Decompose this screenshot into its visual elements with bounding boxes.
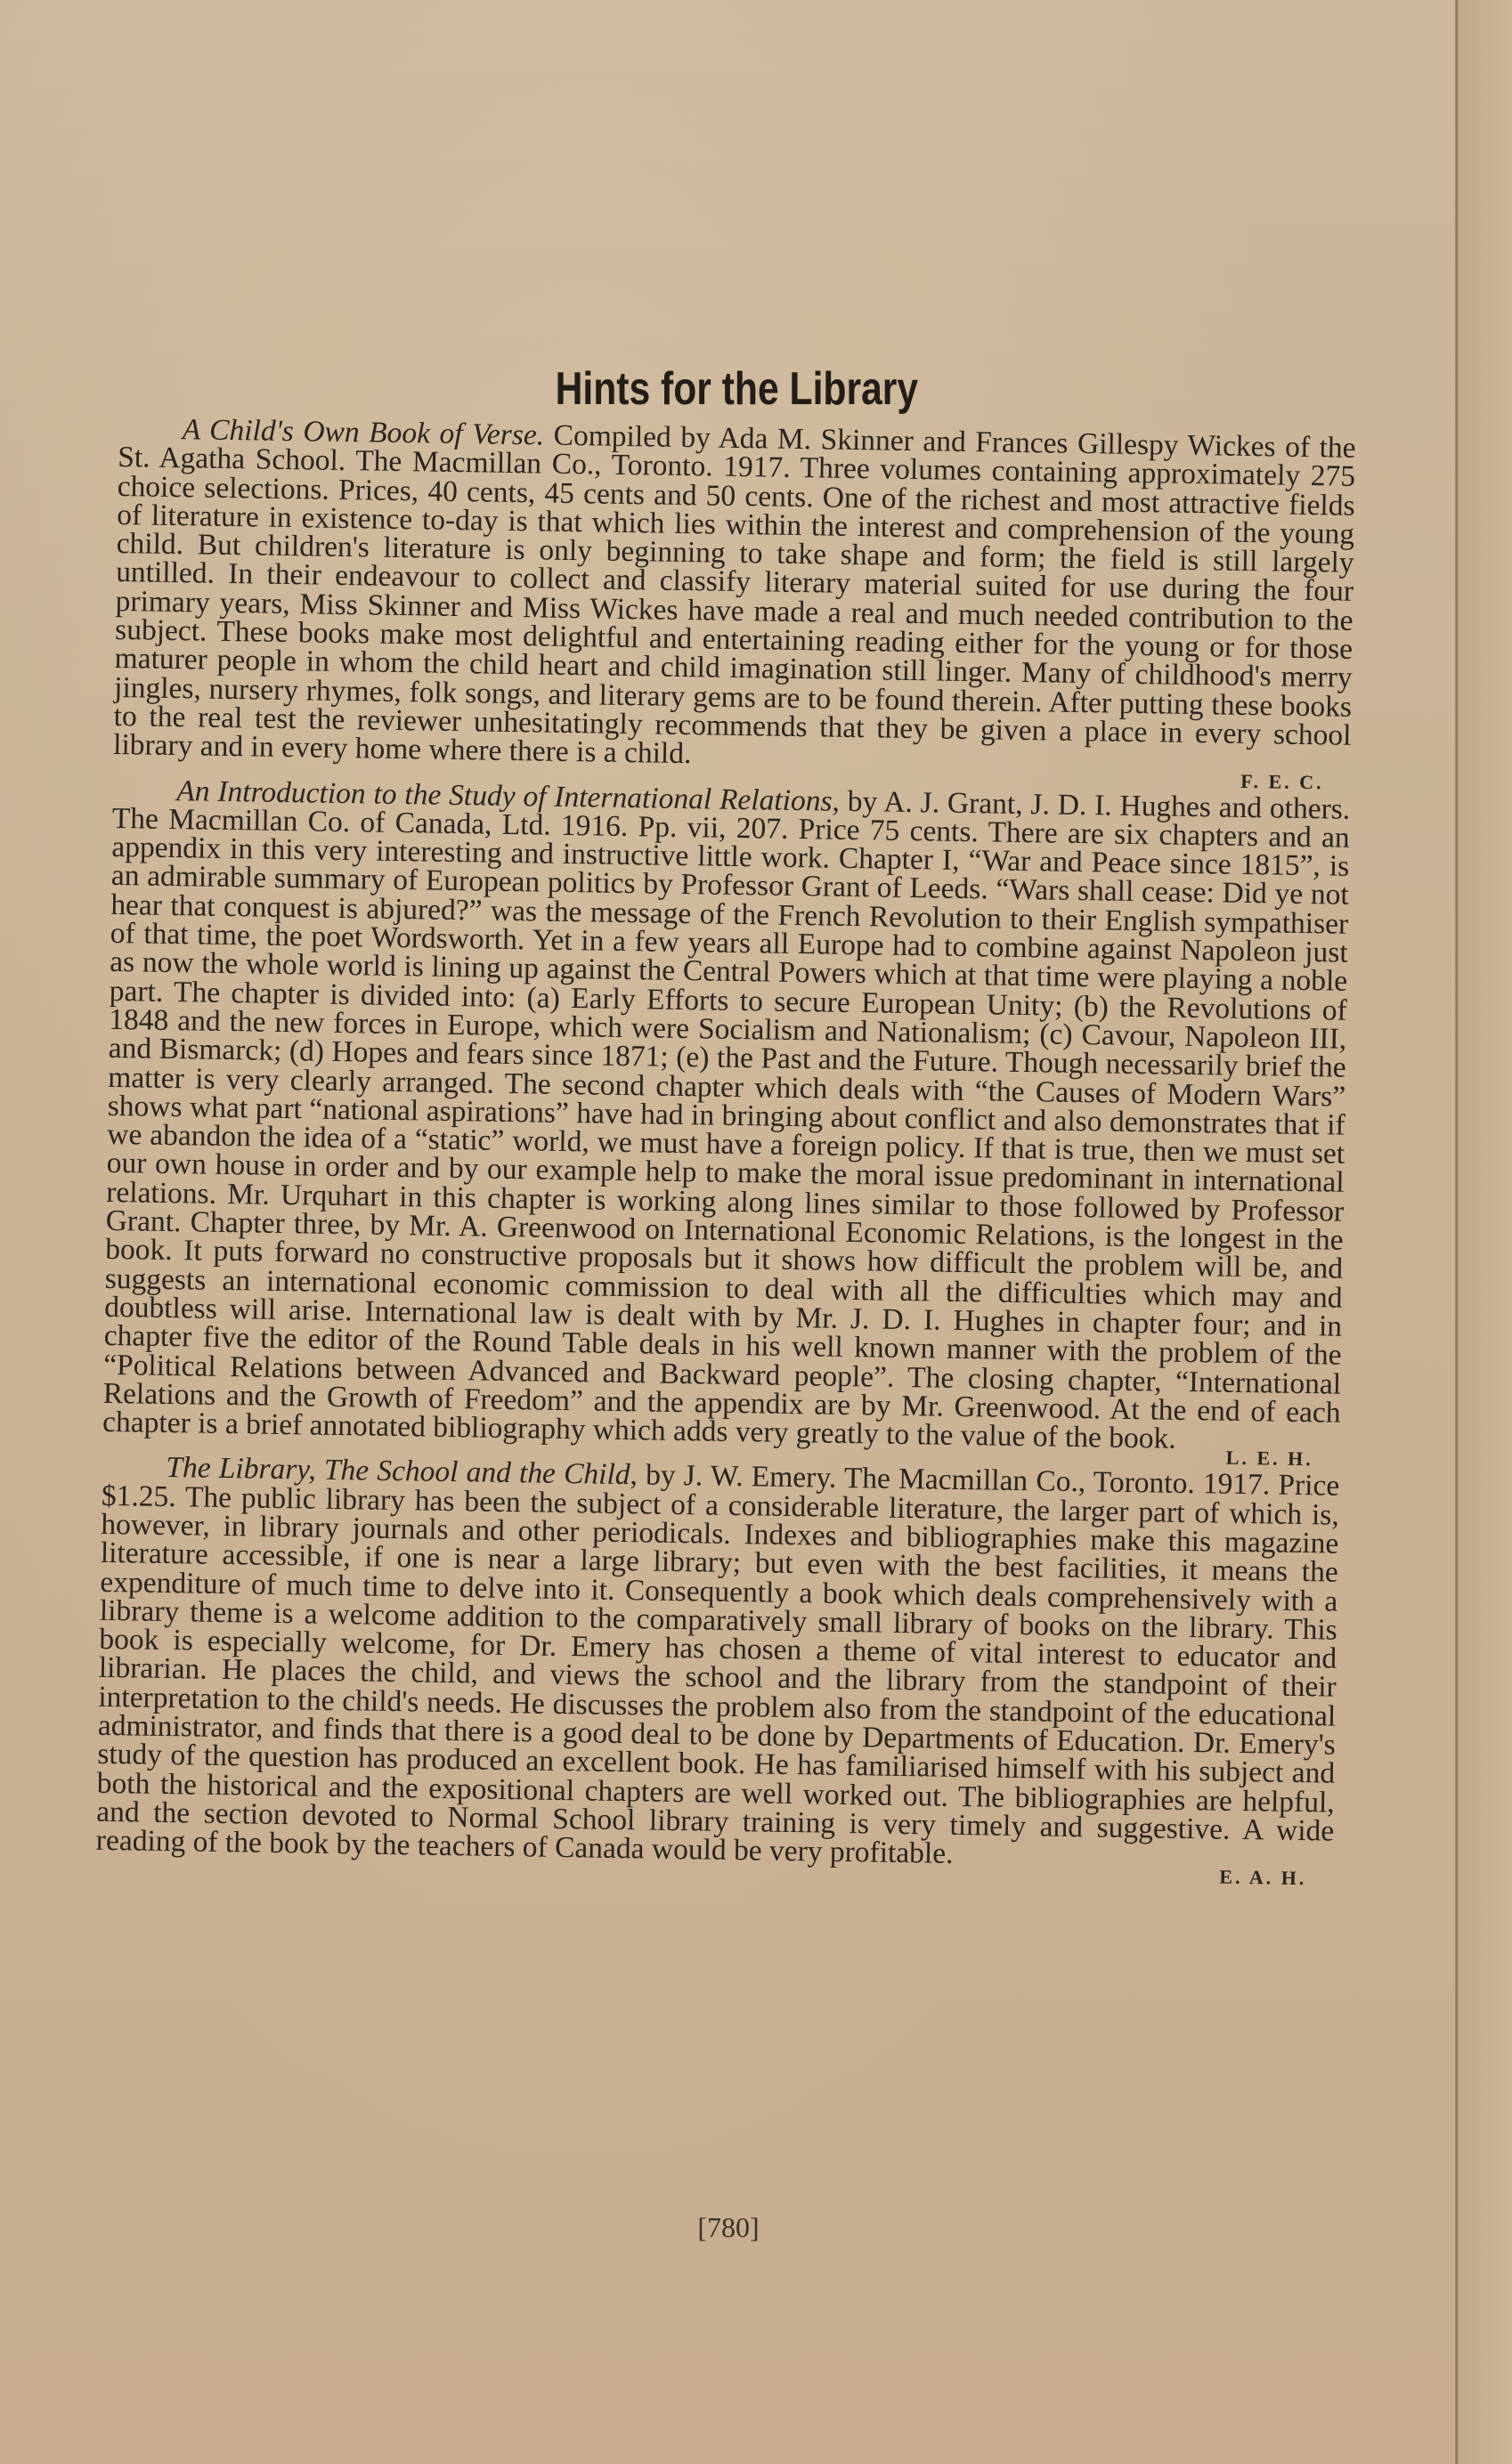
adjacent-page-edge (1459, 0, 1512, 2464)
review-childs-own-book-of-verse: A Child's Own Book of Verse. Compiled by… (113, 415, 1356, 779)
page-title: Hints for the Library (140, 362, 1335, 416)
review-body: , by A. J. Grant, J. D. I. Hughes and ot… (102, 784, 1351, 1455)
review-body: , by J. W. Emery. The Macmillan Co., Tor… (96, 1459, 1340, 1871)
review-body: Compiled by Ada M. Skinner and Frances G… (113, 419, 1356, 771)
page-number: [780] (0, 2211, 1457, 2244)
review-international-relations: An Introduction to the Study of Internat… (102, 776, 1350, 1457)
review-column: A Child's Own Book of Verse. Compiled by… (95, 415, 1356, 1891)
review-library-school-child: The Library, The School and the Child, b… (96, 1453, 1340, 1875)
document-page: Hints for the Library A Child's Own Book… (0, 0, 1457, 2464)
